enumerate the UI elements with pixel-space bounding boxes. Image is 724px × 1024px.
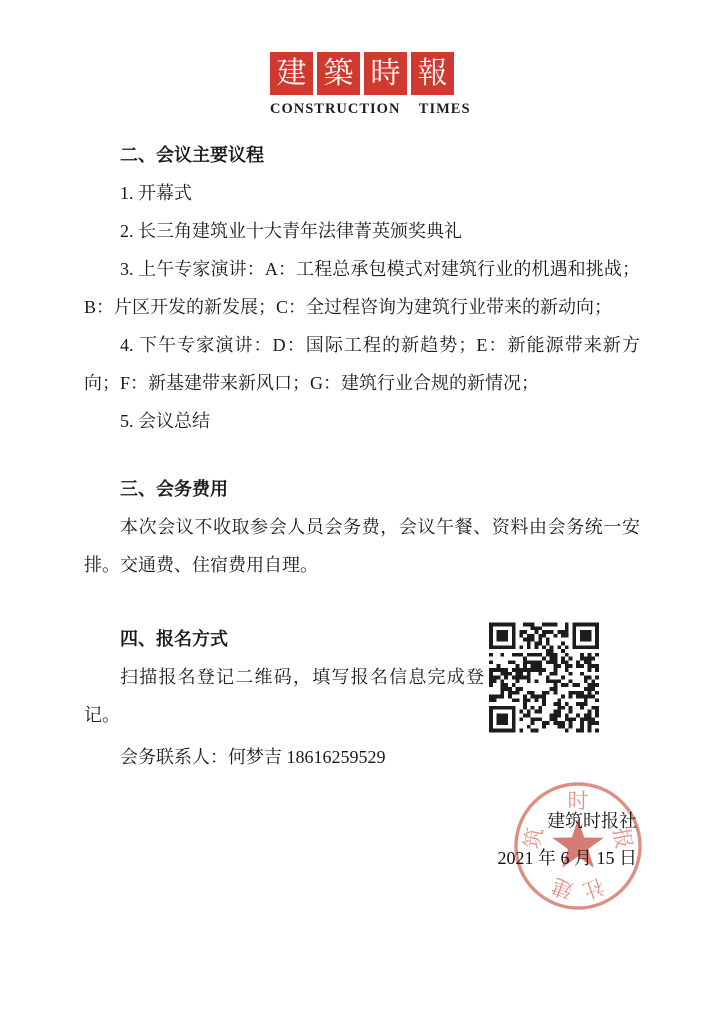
svg-text:建: 建 <box>549 873 577 903</box>
construction-times-logo: 建 築 時 報 CONSTRUCTION TIMES <box>270 52 454 118</box>
agenda-item: 1. 开幕式 <box>84 174 640 212</box>
fees-heading: 三、会务费用 <box>84 470 640 508</box>
signup-contact: 会务联系人：何梦吉 18616259529 <box>84 738 640 776</box>
agenda-item: 4. 下午专家演讲：D：国际工程的新趋势；E：新能源带来新方向；F：新基建带来新… <box>84 326 640 402</box>
logo-subtitle: CONSTRUCTION TIMES <box>270 101 454 118</box>
red-seal-stamp-icon: 建筑时报社 <box>510 778 646 914</box>
logo-square-char: 築 <box>317 52 360 95</box>
document-body: 二、会议主要议程 1. 开幕式 2. 长三角建筑业十大青年法律菁英颁奖典礼 3.… <box>0 136 724 776</box>
agenda-item: 5. 会议总结 <box>84 402 640 440</box>
signup-instruction: 扫描报名登记二维码，填写报名信息完成登记。 <box>84 658 484 734</box>
agenda-heading: 二、会议主要议程 <box>84 136 640 174</box>
document-page: 建 築 時 報 CONSTRUCTION TIMES 二、会议主要议程 1. 开… <box>0 0 724 1024</box>
svg-text:社: 社 <box>579 873 607 903</box>
footer-date: 2021 年 6 月 15 日 <box>498 847 638 869</box>
logo-square-char: 時 <box>364 52 407 95</box>
registration-qr-code-icon <box>489 621 599 734</box>
fees-paragraph: 本次会议不收取参会人员会务费，会议午餐、资料由会务统一安排。交通费、住宿费用自理… <box>84 508 640 584</box>
agenda-item: 2. 长三角建筑业十大青年法律菁英颁奖典礼 <box>84 212 640 250</box>
footer-organization: 建筑时报社 <box>547 810 637 832</box>
logo-square-char: 報 <box>411 52 454 95</box>
logo-square-char: 建 <box>270 52 313 95</box>
agenda-item: 3. 上午专家演讲：A：工程总承包模式对建筑行业的机遇和挑战；B：片区开发的新发… <box>84 250 640 326</box>
logo-squares: 建 築 時 報 <box>270 52 454 95</box>
